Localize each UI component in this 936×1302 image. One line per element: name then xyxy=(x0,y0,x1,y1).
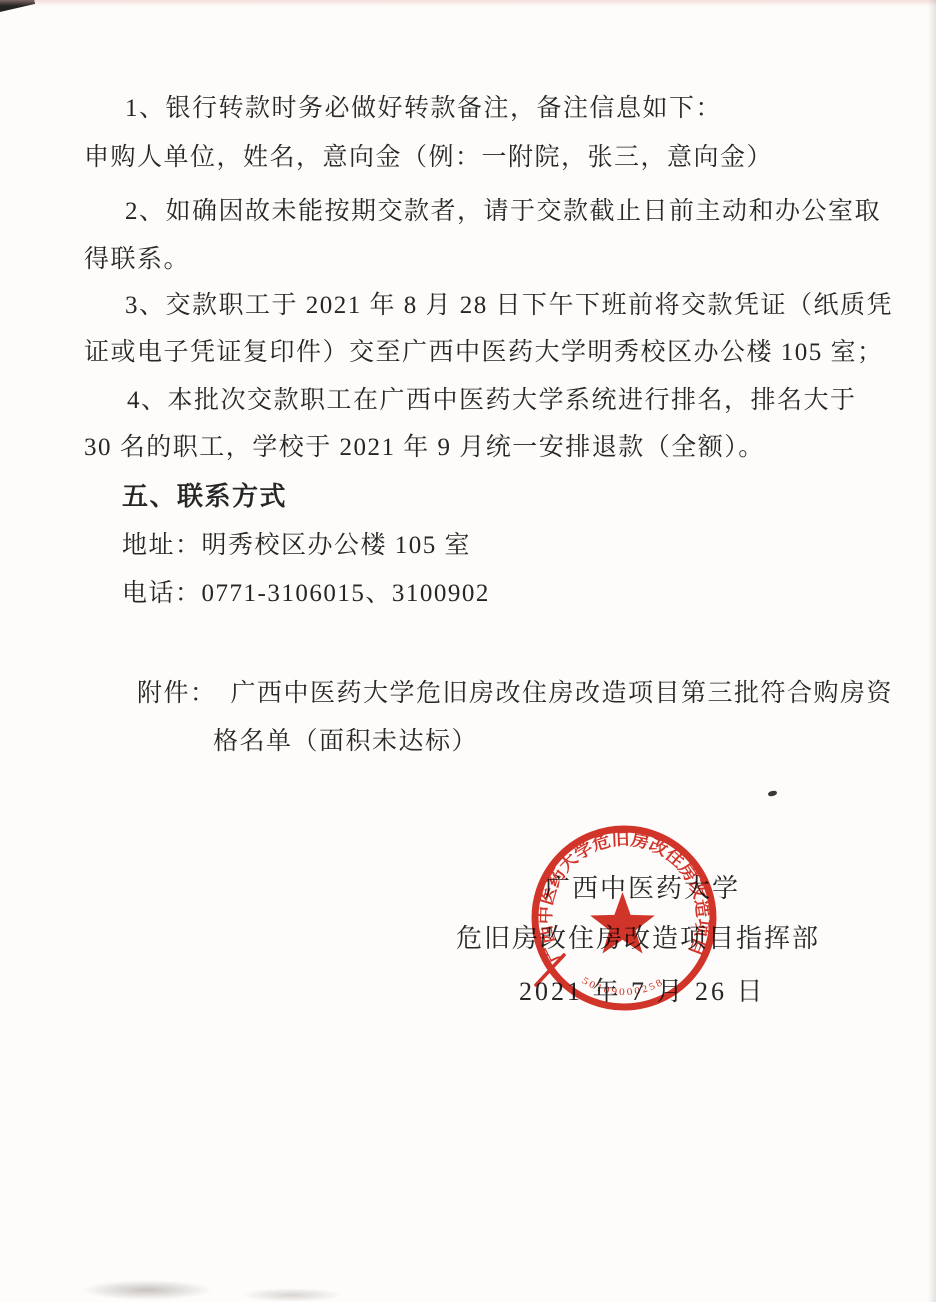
document-page: 1、银行转款时务必做好转款备注，备注信息如下： 申购人单位，姓名，意向金（例：一… xyxy=(0,0,936,1302)
attachment-line-2: 格名单（面积未达标） xyxy=(213,721,478,757)
body-line: 得联系。 xyxy=(84,239,190,275)
phone-line: 电话：0771-3106015、3100902 xyxy=(122,573,490,609)
body-line: 申购人单位，姓名，意向金（例：一附院，张三，意向金） xyxy=(84,137,773,173)
body-line: 1、银行转款时务必做好转款备注，备注信息如下： xyxy=(125,88,722,124)
scan-corner-streak xyxy=(0,0,35,14)
scan-speck xyxy=(768,790,778,797)
scan-smudge xyxy=(242,1288,342,1302)
scan-smudge xyxy=(82,1280,212,1300)
scan-right-shade xyxy=(928,0,936,1302)
seal-serial: 50109000258 xyxy=(580,975,667,998)
body-line: 3、交款职工于 2021 年 8 月 28 日下午下班前将交款凭证（纸质凭 xyxy=(125,285,893,321)
scan-top-tint xyxy=(0,0,936,6)
attachment-line-1: 附件：广西中医药大学危旧房改住房改造项目第三批符合购房资 xyxy=(137,673,893,709)
body-line: 30 名的职工，学校于 2021 年 9 月统一安排退款（全额）。 xyxy=(84,427,765,463)
body-line: 2、如确因故未能按期交款者，请于交款截止日前主动和办公室取 xyxy=(125,191,881,227)
body-line: 4、本批次交款职工在广西中医药大学系统进行排名，排名大于 xyxy=(127,380,857,416)
svg-text:50109000258: 50109000258 xyxy=(580,975,667,998)
official-seal: 广西中医药大学危旧房改住房改造项目指挥部 50109000258 xyxy=(514,808,734,1028)
address-line: 地址：明秀校区办公楼 105 室 xyxy=(122,525,471,561)
section-heading: 五、联系方式 xyxy=(122,476,287,513)
star-icon xyxy=(590,892,655,954)
attachment-label: 附件： xyxy=(137,680,217,707)
body-line: 证或电子凭证复印件）交至广西中医药大学明秀校区办公楼 105 室； xyxy=(84,332,884,368)
attachment-text: 广西中医药大学危旧房改住房改造项目第三批符合购房资 xyxy=(231,680,894,707)
